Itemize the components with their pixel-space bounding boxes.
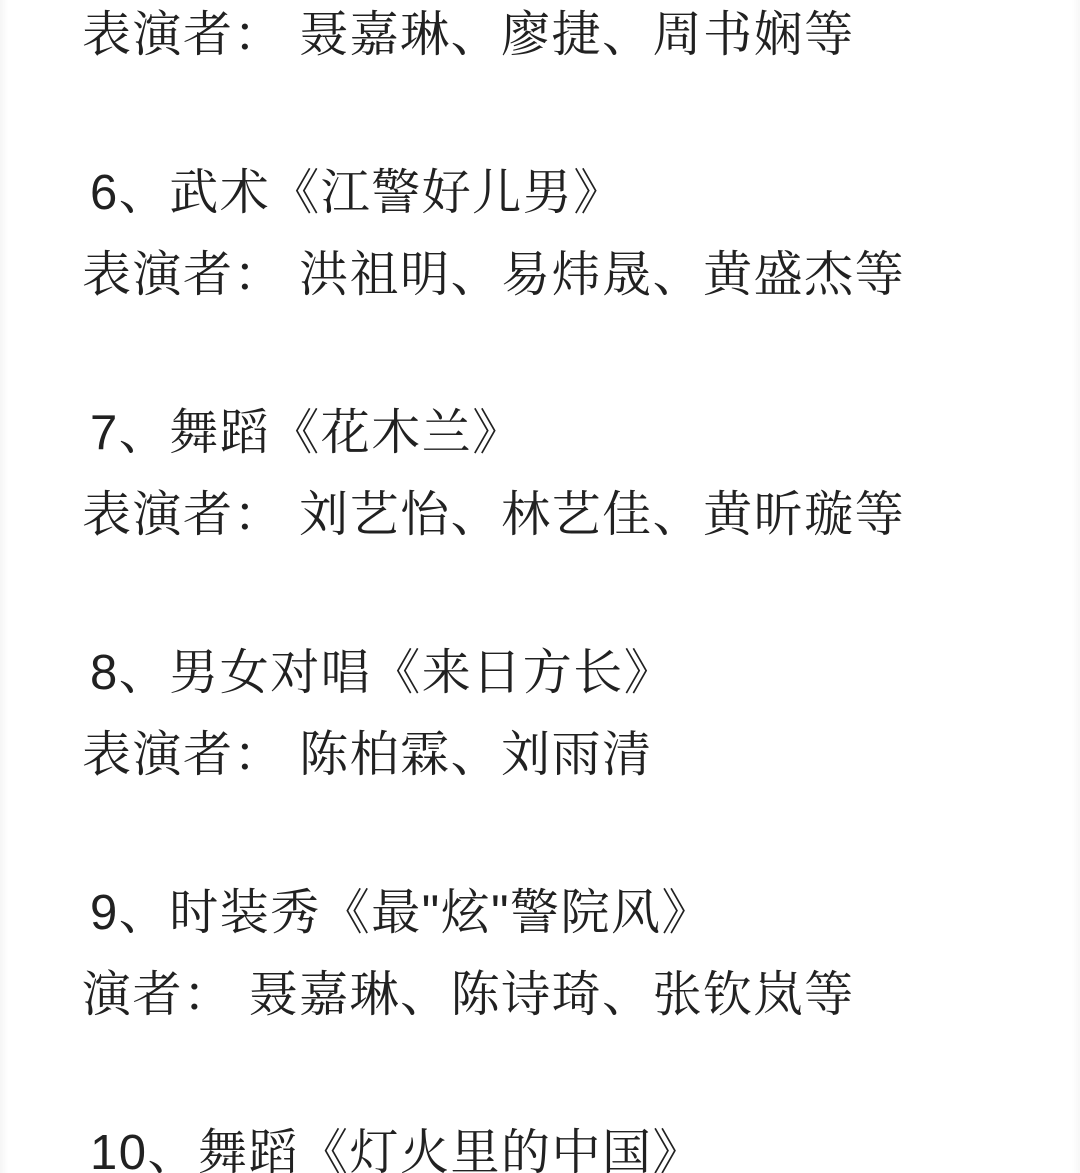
performers-line: 表演者： 陈柏霖、刘雨清 [82, 728, 1040, 783]
program-item-title: 8、男女对唱《来日方长》 [82, 646, 1040, 701]
program-item-title: 10、舞蹈《灯火里的中国》 [82, 1126, 1040, 1173]
performers-line: 表演者： 刘艺怡、林艺佳、黄昕璇等 [82, 488, 1040, 543]
program-item-10: 10、舞蹈《灯火里的中国》 [82, 1126, 1040, 1173]
performers-line-item5: 表演者： 聂嘉琳、廖捷、周书娴等 [82, 8, 1040, 63]
program-item-6: 6、武术《江警好儿男》 表演者： 洪祖明、易炜晟、黄盛杰等 [82, 166, 1040, 303]
performers-line: 表演者： 洪祖明、易炜晟、黄盛杰等 [82, 248, 1040, 303]
program-item-9: 9、时装秀《最"炫"警院风》 演者： 聂嘉琳、陈诗琦、张钦岚等 [82, 886, 1040, 1023]
program-item-title: 9、时装秀《最"炫"警院风》 [82, 886, 1040, 941]
program-item-7: 7、舞蹈《花木兰》 表演者： 刘艺怡、林艺佳、黄昕璇等 [82, 406, 1040, 543]
program-document: 表演者： 聂嘉琳、廖捷、周书娴等 6、武术《江警好儿男》 表演者： 洪祖明、易炜… [0, 0, 1080, 1173]
program-item-8: 8、男女对唱《来日方长》 表演者： 陈柏霖、刘雨清 [82, 646, 1040, 783]
program-item-title: 7、舞蹈《花木兰》 [82, 406, 1040, 461]
performers-line: 演者： 聂嘉琳、陈诗琦、张钦岚等 [82, 968, 1040, 1023]
program-item-title: 6、武术《江警好儿男》 [82, 166, 1040, 221]
